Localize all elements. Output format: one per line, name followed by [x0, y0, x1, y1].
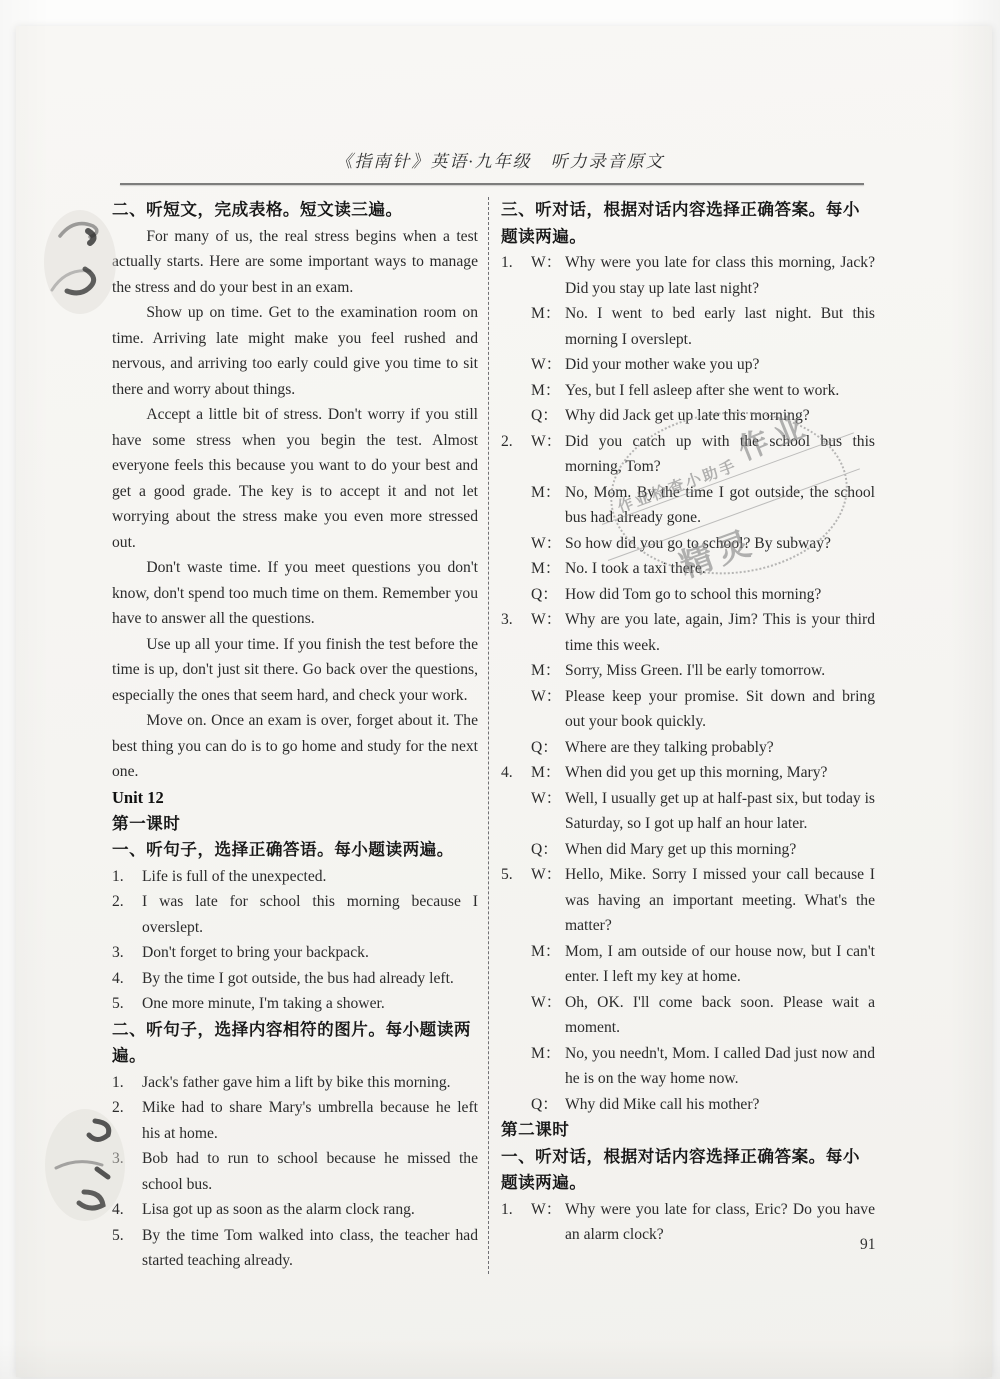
item-text: Mike had to share Mary's umbrella becaus… [142, 1095, 478, 1146]
dialogue-line: M：Sorry, Miss Green. I'll be early tomor… [501, 658, 875, 684]
passage-paragraph: Don't waste time. If you meet questions … [112, 555, 478, 632]
speaker-label: W： [531, 250, 565, 301]
item-number-spacer [501, 684, 531, 735]
speaker-label: W： [531, 1197, 565, 1248]
list-item: 5.By the time Tom walked into class, the… [112, 1223, 478, 1274]
dialogue-text: Hello, Mike. Sorry I missed your call be… [565, 862, 875, 939]
item-number: 2. [112, 889, 142, 940]
item-number-spacer [501, 990, 531, 1041]
dialogue-text: When did Mary get up this morning? [565, 837, 875, 863]
left-column: 二、听短文，完成表格。短文读三遍。 For many of us, the re… [112, 197, 488, 1274]
lesson2-title: 第二课时 [501, 1117, 875, 1144]
speaker-label: M： [531, 939, 565, 990]
item-number-spacer [501, 786, 531, 837]
right-column: 三、听对话，根据对话内容选择正确答案。每小题读两遍。 1.W：Why were … [488, 197, 875, 1274]
dialogue-text: So how did you go to school? By subway? [565, 531, 875, 557]
passage-paragraph: Move on. Once an exam is over, forget ab… [112, 708, 478, 785]
passage-paragraph: Accept a little bit of stress. Don't wor… [112, 402, 478, 555]
item-number: 1. [112, 1070, 142, 1096]
item-number-spacer [501, 403, 531, 429]
list-item: 1.Life is full of the unexpected. [112, 864, 478, 890]
passage-paragraph: For many of us, the real stress begins w… [112, 224, 478, 301]
list-item: 2.Mike had to share Mary's umbrella beca… [112, 1095, 478, 1146]
item-number: 2. [112, 1095, 142, 1146]
dialogue-line: M：No, you needn't, Mom. I called Dad jus… [501, 1041, 875, 1092]
speaker-label: W： [531, 786, 565, 837]
item-number: 1. [501, 250, 531, 301]
item-number-spacer [501, 582, 531, 608]
speaker-label: Q： [531, 403, 565, 429]
item-number: 2. [501, 429, 531, 480]
item-text: One more minute, I'm taking a shower. [142, 991, 478, 1017]
dialogue-line: 5.W：Hello, Mike. Sorry I missed your cal… [501, 862, 875, 939]
item-number: 3. [112, 1146, 142, 1197]
item-number-spacer [501, 480, 531, 531]
dialogue-text: Mom, I am outside of our house now, but … [565, 939, 875, 990]
dialogue-line: M：Yes, but I fell asleep after she went … [501, 378, 875, 404]
dialogue-line: M：No. I went to bed early last night. Bu… [501, 301, 875, 352]
dialogue-line: M：No, Mom. By the time I got outside, th… [501, 480, 875, 531]
dialogue-text: Why were you late for class this morning… [565, 250, 875, 301]
item-number: 1. [112, 864, 142, 890]
header-rule [120, 183, 864, 185]
dialogue-text: Oh, OK. I'll come back soon. Please wait… [565, 990, 875, 1041]
item-text: Jack's father gave him a lift by bike th… [142, 1070, 478, 1096]
unit-title: Unit 12 [112, 785, 478, 811]
page-content: 二、听短文，完成表格。短文读三遍。 For many of us, the re… [112, 197, 884, 1274]
list-item: 5.One more minute, I'm taking a shower. [112, 991, 478, 1017]
speaker-label: M： [531, 760, 565, 786]
dialogue-line: 1.W：Why were you late for class, Eric? D… [501, 1197, 875, 1248]
item-number-spacer [501, 658, 531, 684]
item-text: Life is full of the unexpected. [142, 864, 478, 890]
item-number-spacer [501, 531, 531, 557]
item-number-spacer [501, 837, 531, 863]
item-number-spacer [501, 378, 531, 404]
item-number: 3. [112, 940, 142, 966]
speaker-label: W： [531, 607, 565, 658]
item-number-spacer [501, 556, 531, 582]
speaker-label: W： [531, 352, 565, 378]
passage-paragraph: Show up on time. Get to the examination … [112, 300, 478, 402]
dialogue-line: M：No. I took a taxi there. [501, 556, 875, 582]
dialogue-line: W：So how did you go to school? By subway… [501, 531, 875, 557]
dialogue-line: W：Oh, OK. I'll come back soon. Please wa… [501, 990, 875, 1041]
passage-paragraph: Use up all your time. If you finish the … [112, 632, 478, 709]
dialogue-text: Why were you late for class, Eric? Do yo… [565, 1197, 875, 1248]
dialogue-text: Did your mother wake you up? [565, 352, 875, 378]
speaker-label: W： [531, 862, 565, 939]
dialogue-line: Q：How did Tom go to school this morning? [501, 582, 875, 608]
item-number-spacer [501, 352, 531, 378]
item-text: Don't forget to bring your backpack. [142, 940, 478, 966]
dialogue-line: W：Did your mother wake you up? [501, 352, 875, 378]
speaker-label: W： [531, 531, 565, 557]
item-text: Bob had to run to school because he miss… [142, 1146, 478, 1197]
item-number: 4. [112, 966, 142, 992]
dialogue-text: Where are they talking probably? [565, 735, 875, 761]
list-item: 3.Bob had to run to school because he mi… [112, 1146, 478, 1197]
speaker-label: Q： [531, 735, 565, 761]
dialogue-text: Did you catch up with the school bus thi… [565, 429, 875, 480]
list-item: 2.I was late for school this morning bec… [112, 889, 478, 940]
dialogue-line: Q：When did Mary get up this morning? [501, 837, 875, 863]
item-number-spacer [501, 1041, 531, 1092]
list-item: 4.By the time I got outside, the bus had… [112, 966, 478, 992]
item-text: By the time Tom walked into class, the t… [142, 1223, 478, 1274]
item-number: 5. [112, 1223, 142, 1274]
speaker-label: W： [531, 684, 565, 735]
dialogue-text: Why did Mike call his mother? [565, 1092, 875, 1118]
item-number-spacer [501, 735, 531, 761]
list-item: 1.Jack's father gave him a lift by bike … [112, 1070, 478, 1096]
section2-heading: 二、听短文，完成表格。短文读三遍。 [112, 197, 478, 224]
task2-heading: 二、听句子，选择内容相符的图片。每小题读两遍。 [112, 1017, 478, 1070]
speaker-label: W： [531, 990, 565, 1041]
speaker-label: Q： [531, 1092, 565, 1118]
dialogue-line: 1.W：Why were you late for class this mor… [501, 250, 875, 301]
dialogue-text: No. I took a taxi there. [565, 556, 875, 582]
item-number: 5. [501, 862, 531, 939]
item-text: Lisa got up as soon as the alarm clock r… [142, 1197, 478, 1223]
item-number: 1. [501, 1197, 531, 1248]
dialogue-line: 4.M：When did you get up this morning, Ma… [501, 760, 875, 786]
speaker-label: M： [531, 556, 565, 582]
speaker-label: M： [531, 378, 565, 404]
dialogue-line: W：Please keep your promise. Sit down and… [501, 684, 875, 735]
item-number-spacer [501, 1092, 531, 1118]
dialogue-text: Sorry, Miss Green. I'll be early tomorro… [565, 658, 875, 684]
page-header-title: 《指南针》英语·九年级 听力录音原文 [0, 147, 1000, 172]
dialogue-line: 3.W：Why are you late, again, Jim? This i… [501, 607, 875, 658]
item-number: 5. [112, 991, 142, 1017]
speaker-label: Q： [531, 582, 565, 608]
dialogue-text: Well, I usually get up at half-past six,… [565, 786, 875, 837]
item-number-spacer [501, 301, 531, 352]
dialogue-line: Q：Where are they talking probably? [501, 735, 875, 761]
dialogue-line: 2.W：Did you catch up with the school bus… [501, 429, 875, 480]
dialogue-text: How did Tom go to school this morning? [565, 582, 875, 608]
dialogue-line: Q：Why did Jack get up late this morning? [501, 403, 875, 429]
dialogue-text: No, Mom. By the time I got outside, the … [565, 480, 875, 531]
dialogue-text: No. I went to bed early last night. But … [565, 301, 875, 352]
item-number-spacer [501, 939, 531, 990]
item-text: I was late for school this morning becau… [142, 889, 478, 940]
speaker-label: M： [531, 1041, 565, 1092]
list-item: 3.Don't forget to bring your backpack. [112, 940, 478, 966]
lesson2-task1-heading: 一、听对话，根据对话内容选择正确答案。每小题读两遍。 [501, 1144, 875, 1197]
dialogue-line: Q：Why did Mike call his mother? [501, 1092, 875, 1118]
speaker-label: W： [531, 429, 565, 480]
speaker-label: M： [531, 301, 565, 352]
dialogue-text: No, you needn't, Mom. I called Dad just … [565, 1041, 875, 1092]
lesson1-title: 第一课时 [112, 811, 478, 838]
dialogue-text: When did you get up this morning, Mary? [565, 760, 875, 786]
dialogue-line: M：Mom, I am outside of our house now, bu… [501, 939, 875, 990]
item-text: By the time I got outside, the bus had a… [142, 966, 478, 992]
dialogue-line: W：Well, I usually get up at half-past si… [501, 786, 875, 837]
dialogue-text: Yes, but I fell asleep after she went to… [565, 378, 875, 404]
speaker-label: M： [531, 480, 565, 531]
list-item: 4.Lisa got up as soon as the alarm clock… [112, 1197, 478, 1223]
speaker-label: M： [531, 658, 565, 684]
item-number: 4. [501, 760, 531, 786]
task1-heading: 一、听句子，选择正确答语。每小题读两遍。 [112, 837, 478, 864]
section3-heading: 三、听对话，根据对话内容选择正确答案。每小题读两遍。 [501, 197, 875, 250]
page-number: 91 [860, 1236, 876, 1254]
item-number: 3. [501, 607, 531, 658]
item-number: 4. [112, 1197, 142, 1223]
dialogue-text: Why are you late, again, Jim? This is yo… [565, 607, 875, 658]
speaker-label: Q： [531, 837, 565, 863]
dialogue-text: Why did Jack get up late this morning? [565, 403, 875, 429]
dialogue-text: Please keep your promise. Sit down and b… [565, 684, 875, 735]
